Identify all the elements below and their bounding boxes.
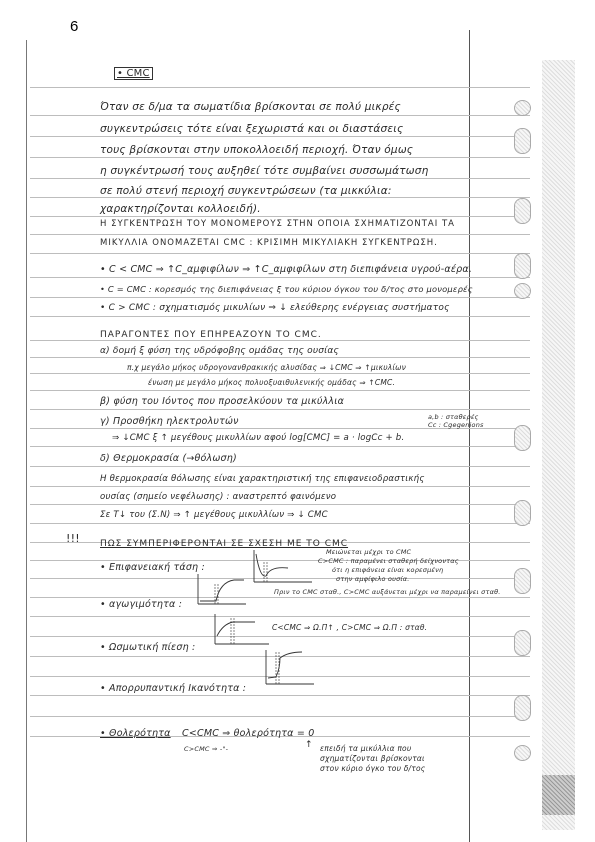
left-margin-line (26, 40, 27, 842)
punch-hole (514, 745, 531, 761)
punch-hole (514, 500, 531, 526)
ruled-line (30, 277, 530, 278)
punch-hole (514, 100, 531, 116)
factor-a: α) δομή ξ φύση της υδρόφοβης ομάδας της … (100, 346, 339, 356)
factor-d: δ) Θερμοκρασία (→θόλωση) (100, 453, 237, 464)
surface-tension-note: στην αμφίφιλο ουσία. (336, 575, 410, 583)
condition-line: • C < CMC ⇒ ↑C_αμφιφίλων ⇒ ↑C_αμφιφίλων … (100, 264, 472, 275)
ruled-line (30, 340, 530, 341)
ruled-line (30, 316, 530, 317)
condition-line: • C = CMC : κορεσμός της διεπιφάνειας ξ … (100, 284, 473, 294)
ruled-line (30, 87, 530, 88)
conductivity-graph (190, 572, 250, 610)
definition-line: ΜΙΚΥΛΛΙΑ ΟΝΟΜΑΖΕΤΑΙ CMC : ΚΡΙΣΙΜΗ ΜΙΚΥΛΙ… (100, 238, 438, 248)
ruled-line (30, 597, 530, 598)
ruled-line (30, 636, 530, 637)
conductivity-label: • αγωγιμότητα : (100, 599, 182, 610)
ruled-line (30, 253, 530, 254)
ruled-line (30, 409, 530, 410)
turbidity-note: στον κύριο όγκο του δ/τος (320, 764, 425, 773)
condition-line: • C > CMC : σχηματισμός μικυλίων ⇒ ↓ ελε… (100, 303, 450, 313)
page-number: 6 (70, 18, 78, 35)
ruled-line (30, 446, 530, 447)
conductivity-note: Πριν το CMC σταθ., C>CMC αυξάνεται μέχρι… (274, 588, 501, 596)
punch-hole (514, 630, 531, 656)
punch-hole (514, 253, 531, 279)
factor-c-example: ⇒ ↓CMC ξ ↑ μεγέθους μικυλλίων αφού log[C… (112, 433, 404, 443)
binder-gutter-dark (542, 775, 575, 815)
osmotic-pressure-note: C<CMC ⇒ Ω.Π↑ , C>CMC ⇒ Ω.Π : σταθ. (272, 623, 427, 632)
ruled-line (30, 157, 530, 158)
heading-text: • CMC (114, 67, 153, 80)
turbidity-note: C>CMC ⇒ -"- (184, 745, 228, 753)
factor-a-example: π.χ μεγάλο μήκος υδρογονανθρακικής αλυσί… (127, 363, 406, 372)
turbidity-label: • Θολερότητα (100, 728, 171, 739)
punch-hole (514, 695, 531, 721)
turbidity-note: επειδή τα μικύλλια που (320, 744, 411, 753)
binder-gutter (542, 60, 575, 830)
surface-tension-graph (248, 548, 318, 588)
detergency-graph (258, 648, 318, 690)
ruled-line (30, 695, 530, 696)
ruled-line (30, 716, 530, 717)
factor-d-example: Σε T↓ του (Σ.Ν) ⇒ ↑ μεγέθους μικυλλίων ⇒… (100, 510, 328, 520)
punch-hole (514, 128, 531, 154)
ruled-line (30, 466, 530, 467)
punch-hole (514, 568, 531, 594)
arrow-up-icon: ↑ (305, 740, 313, 750)
ruled-line (30, 216, 530, 217)
surface-tension-note: C>CMC : παραμένει σταθερή δείχνοντας (318, 557, 459, 565)
factor-b: β) φύση του Ιόντος που προσελκύουν τα μι… (100, 396, 344, 407)
punch-hole (514, 198, 531, 224)
factor-c-note: Cc : Cgegenions (428, 421, 484, 429)
factor-d-example: Η θερμοκρασία θόλωσης είναι χαρακτηριστι… (100, 474, 425, 484)
ruled-line (30, 390, 530, 391)
factors-title: ΠΑΡΑΓΟΝΤΕΣ ΠΟΥ ΕΠΗΡΕΑΖΟΥΝ ΤΟ CMC. (100, 330, 322, 340)
ruled-line (30, 504, 530, 505)
ruled-line (30, 297, 530, 298)
ruled-line (30, 115, 530, 116)
ruled-line (30, 523, 530, 524)
punch-hole (514, 283, 531, 299)
ruled-line (30, 197, 530, 198)
ruled-line (30, 136, 530, 137)
osmotic-pressure-graph (205, 612, 275, 650)
ruled-line (30, 178, 530, 179)
surface-tension-note: Μειώνεται μέχρι το CMC (326, 548, 411, 556)
ruled-line (30, 373, 530, 374)
osmotic-pressure-label: • Ωσμωτική πίεση : (100, 642, 195, 653)
definition-line: Η ΣΥΓΚΕΝΤΡΩΣΗ ΤΟΥ ΜΟΝΟΜΕΡΟΥΣ ΣΤΗΝ ΟΠΟΙΑ … (100, 219, 455, 229)
section-heading: • CMC (114, 68, 153, 79)
punch-hole (514, 425, 531, 451)
paragraph-line: τους βρίσκονται στην υποκολλοειδή περιοχ… (100, 144, 413, 156)
ruled-line (30, 616, 530, 617)
factor-c: γ) Προσθήκη ηλεκτρολυτών (100, 416, 239, 427)
paragraph-line: συγκεντρώσεις τότε είναι ξεχωριστά και ο… (100, 123, 403, 135)
factor-d-example: ουσίας (σημείο νεφέλωσης) : αναστρεπτό φ… (100, 492, 336, 502)
factor-c-note: a,b : σταθερές (428, 413, 479, 421)
factor-a-example: ένωση με μεγάλο μήκος πολυοξυαιθυλενικής… (148, 378, 395, 387)
turbidity-note: C<CMC ⇒ θολερότητα = 0 (182, 728, 314, 739)
detergency-label: • Απορρυπαντική Ικανότητα : (100, 683, 246, 694)
turbidity-note: σχηματίζονται βρίσκονται (320, 754, 425, 763)
paragraph-line: Όταν σε δ/μα τα σωματίδια βρίσκονται σε … (100, 101, 401, 113)
ruled-line (30, 486, 530, 487)
paragraph-line: η συγκέντρωσή τους αυξηθεί τότε συμβαίνε… (100, 165, 428, 177)
emphasis-marker: !!! (66, 532, 80, 545)
paragraph-line: χαρακτηρίζονται κολλοειδή). (100, 203, 261, 215)
surface-tension-note: ότι η επιφάνεια είναι κορεσμένη (332, 566, 443, 574)
ruled-line (30, 357, 530, 358)
paragraph-line: σε πολύ στενή περιοχή συγκεντρώσεων (τα … (100, 185, 392, 197)
ruled-line (30, 234, 530, 235)
right-margin-line (469, 30, 470, 842)
